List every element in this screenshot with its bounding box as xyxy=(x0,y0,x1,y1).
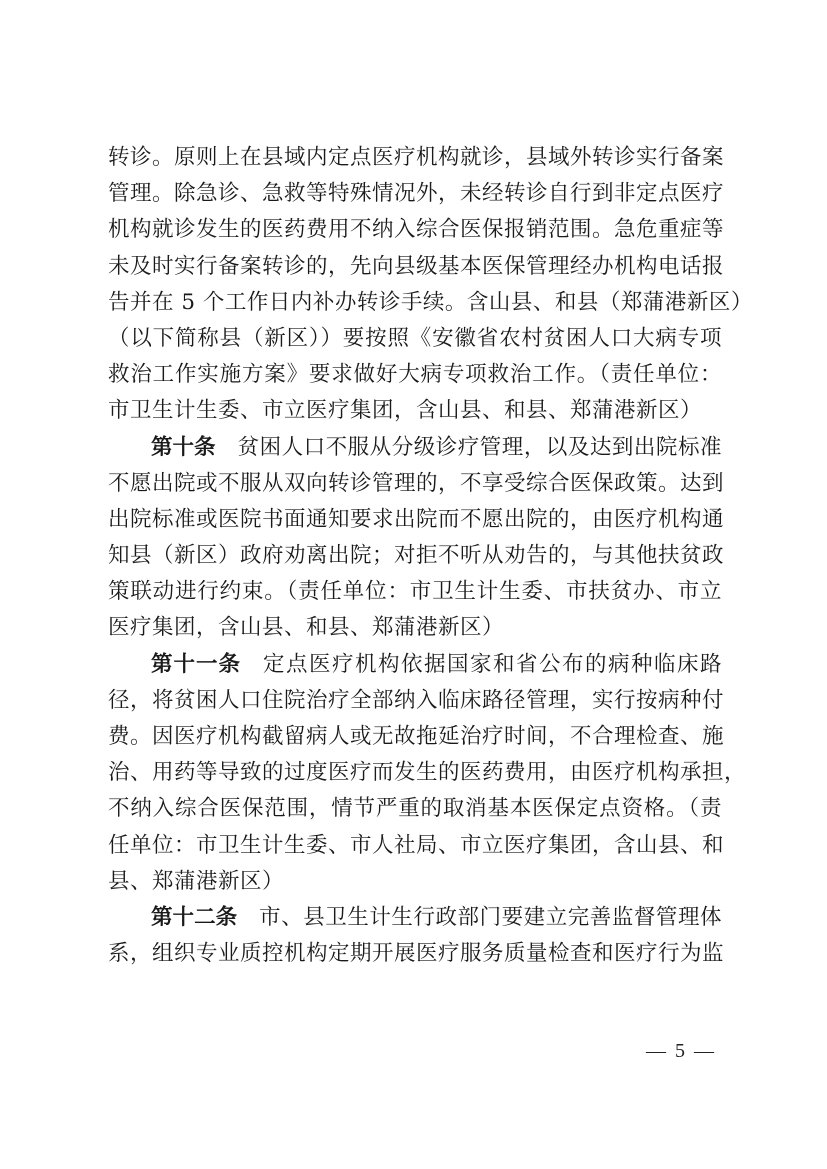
text-line: 治、用药等导致的过度医疗而发生的医药费用，由医疗机构承担， xyxy=(108,755,722,791)
paragraph-article-12: 第十二条市、县卫生计生行政部门要建立完善监督管理体 系，组织专业质控机构定期开展… xyxy=(108,900,722,972)
text-line: 县、郑蒲港新区） xyxy=(108,864,722,900)
text-line: 不愿出院或不服从双向转诊管理的，不享受综合医保政策。达到 xyxy=(108,466,722,502)
text-line: 市、县卫生计生行政部门要建立完善监督管理体 xyxy=(259,905,722,930)
text-line: 任单位：市卫生计生委、市人社局、市立医疗集团，含山县、和 xyxy=(108,828,722,864)
text-line: 径，将贫困人口住院治疗全部纳入临床路径管理，实行按病种付 xyxy=(108,683,722,719)
article-first-line: 第十一条定点医疗机构依据国家和省公布的病种临床路 xyxy=(108,647,722,683)
page-number: — 5 — xyxy=(646,1040,716,1063)
text-line: 医疗集团，含山县、和县、郑蒲港新区） xyxy=(108,610,722,646)
paragraph-article-10: 第十条贫困人口不服从分级诊疗管理，以及达到出院标准 不愿出院或不服从双向转诊管理… xyxy=(108,430,722,647)
text-line: 管理。除急诊、急救等特殊情况外，未经转诊自行到非定点医疗 xyxy=(108,176,722,212)
text-line: 不纳入综合医保范围，情节严重的取消基本医保定点资格。（责 xyxy=(108,791,722,827)
text-line: 未及时实行备案转诊的，先向县级基本医保管理经办机构电话报 xyxy=(108,249,722,285)
text-line: 费。因医疗机构截留病人或无故拖延治疗时间，不合理检查、施 xyxy=(108,719,722,755)
article-number: 第十二条 xyxy=(151,905,237,930)
article-number: 第十一条 xyxy=(151,652,241,677)
paragraph-continuation: 转诊。原则上在县域内定点医疗机构就诊，县域外转诊实行备案 管理。除急诊、急救等特… xyxy=(108,140,722,430)
document-body: 转诊。原则上在县域内定点医疗机构就诊，县域外转诊实行备案 管理。除急诊、急救等特… xyxy=(108,140,722,972)
paragraph-article-11: 第十一条定点医疗机构依据国家和省公布的病种临床路 径，将贫困人口住院治疗全部纳入… xyxy=(108,647,722,900)
text-line: 转诊。原则上在县域内定点医疗机构就诊，县域外转诊实行备案 xyxy=(108,140,722,176)
text-line: （以下简称县（新区））要按照《安徽省农村贫困人口大病专项 xyxy=(108,321,722,357)
text-line: 定点医疗机构依据国家和省公布的病种临床路 xyxy=(263,652,722,677)
text-line: 贫困人口不服从分级诊疗管理，以及达到出院标准 xyxy=(238,435,722,460)
article-number: 第十条 xyxy=(151,435,216,460)
text-line: 策联动进行约束。（责任单位：市卫生计生委、市扶贫办、市立 xyxy=(108,574,722,610)
text-line: 知县（新区）政府劝离出院；对拒不听从劝告的，与其他扶贫政 xyxy=(108,538,722,574)
text-line: 机构就诊发生的医药费用不纳入综合医保报销范围。急危重症等 xyxy=(108,212,722,248)
text-line: 系，组织专业质控机构定期开展医疗服务质量检查和医疗行为监 xyxy=(108,936,722,972)
article-first-line: 第十条贫困人口不服从分级诊疗管理，以及达到出院标准 xyxy=(108,430,722,466)
text-line: 告并在 5 个工作日内补办转诊手续。含山县、和县（郑蒲港新区） xyxy=(108,285,722,321)
document-page: 转诊。原则上在县域内定点医疗机构就诊，县域外转诊实行备案 管理。除急诊、急救等特… xyxy=(0,0,827,1169)
text-line: 救治工作实施方案》要求做好大病专项救治工作。（责任单位： xyxy=(108,357,722,393)
text-line: 出院标准或医院书面通知要求出院而不愿出院的，由医疗机构通 xyxy=(108,502,722,538)
article-first-line: 第十二条市、县卫生计生行政部门要建立完善监督管理体 xyxy=(108,900,722,936)
text-line: 市卫生计生委、市立医疗集团，含山县、和县、郑蒲港新区） xyxy=(108,393,722,429)
